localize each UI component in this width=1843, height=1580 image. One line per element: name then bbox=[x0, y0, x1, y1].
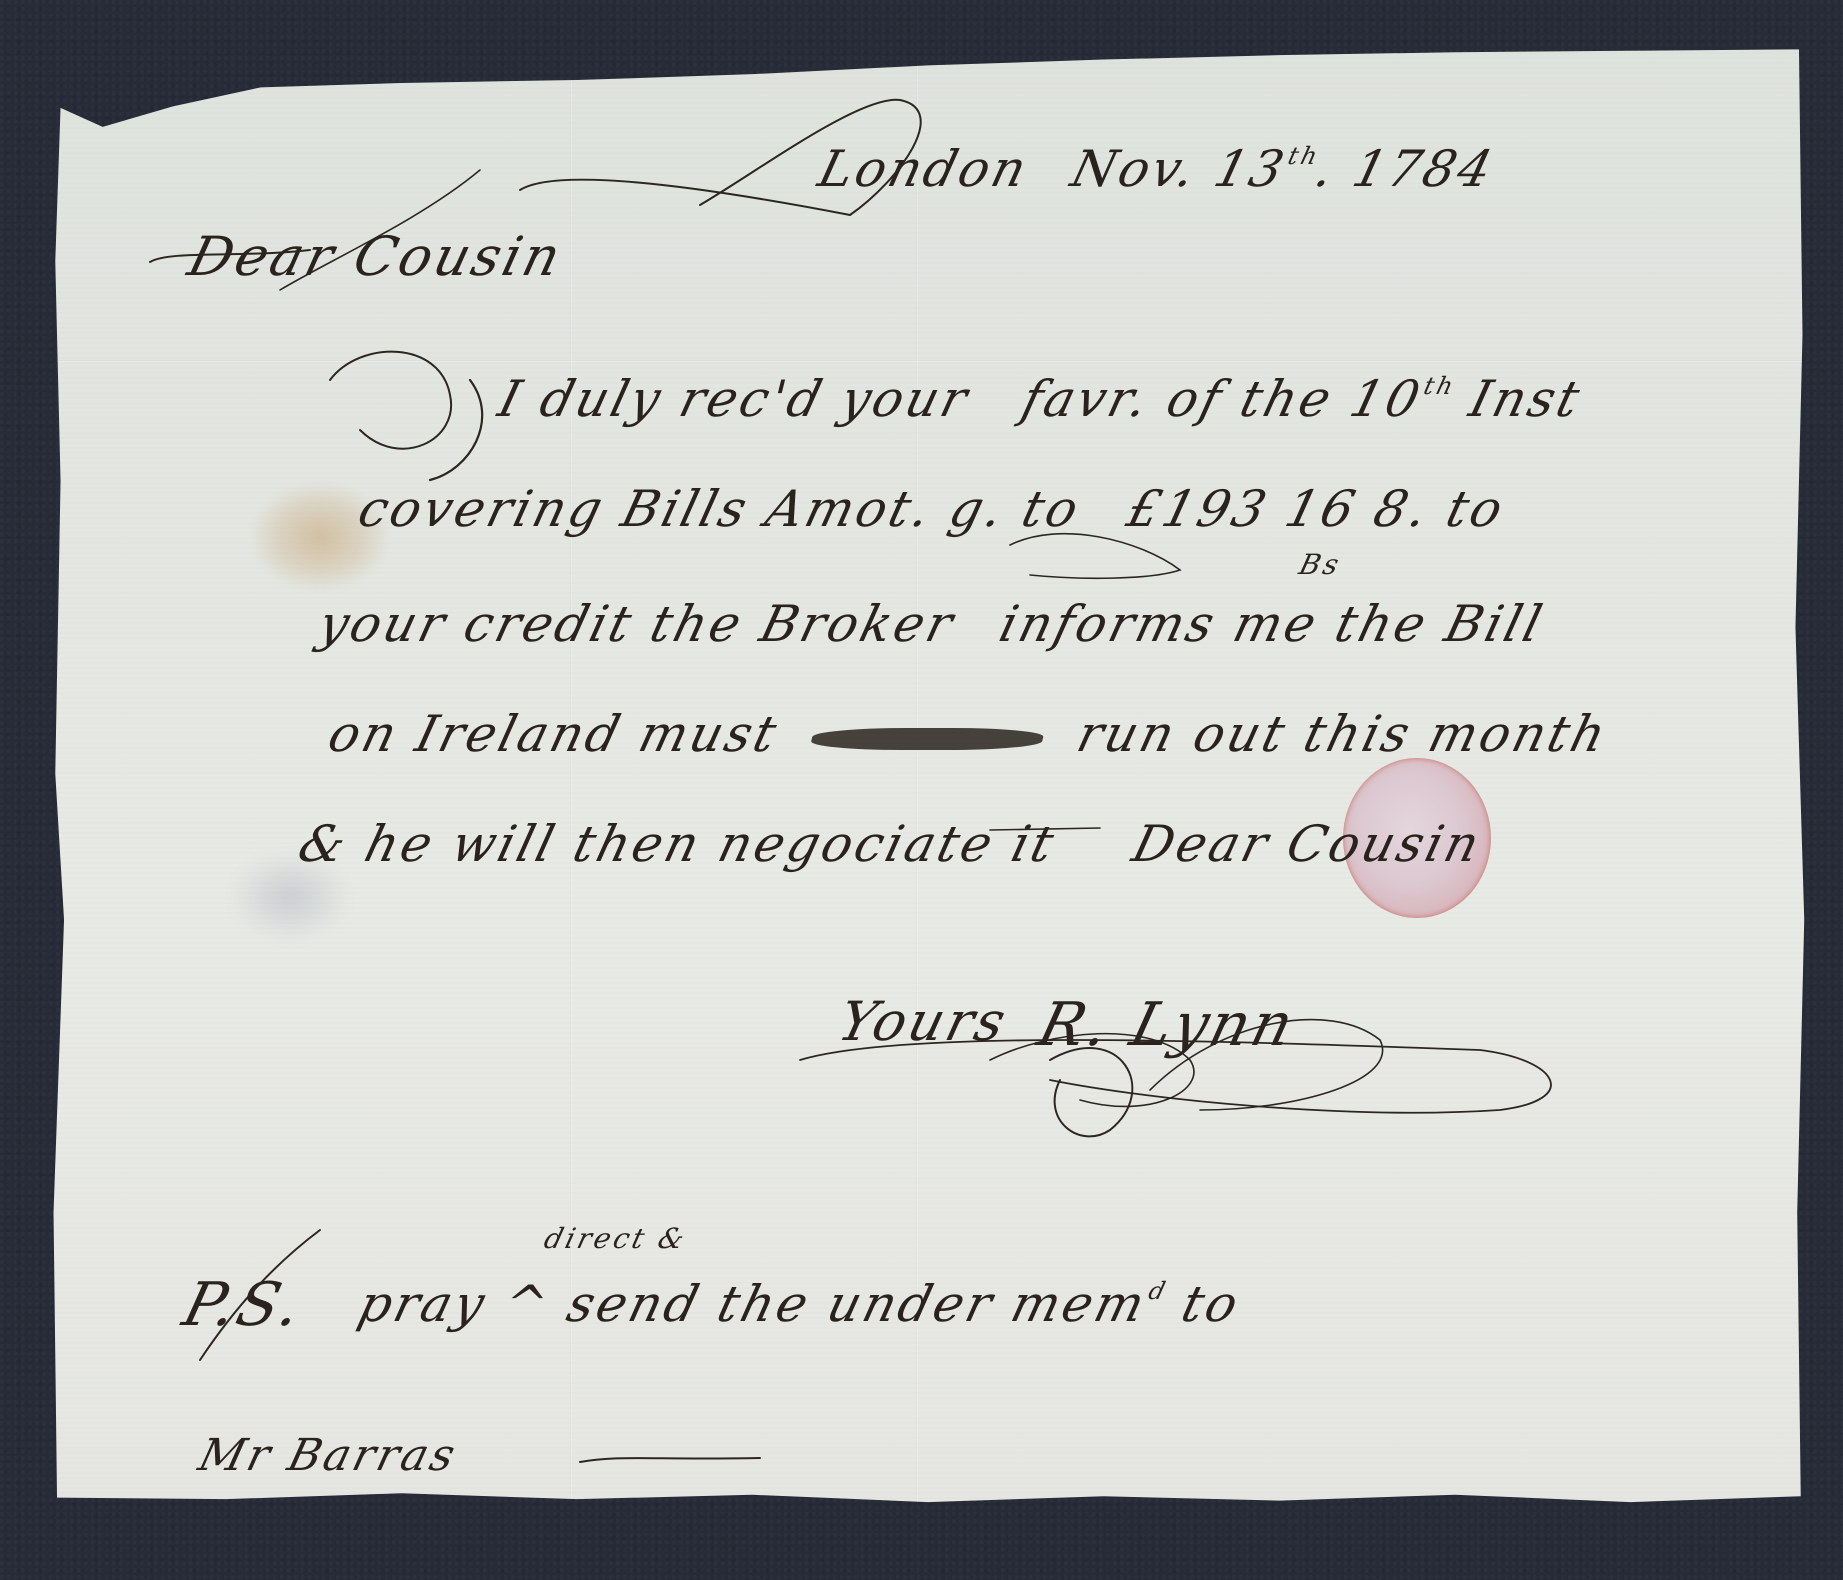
dateline-month: Nov. bbox=[1066, 140, 1205, 198]
struck-out-word: [struck] bbox=[809, 705, 1047, 763]
body-line-4: on Ireland must [struck] run out this mo… bbox=[323, 705, 1615, 763]
body-line-2-text: covering Bills Amot. g. to bbox=[353, 480, 1087, 538]
closing-salutation: Dear Cousin bbox=[1127, 815, 1488, 873]
body-line-1-end: Inst bbox=[1445, 370, 1588, 428]
closing: Yours bbox=[832, 990, 1014, 1053]
postscript-end: to bbox=[1157, 1275, 1247, 1333]
body-line-1-text: I duly rec'd your bbox=[493, 370, 976, 428]
body-line-3-text: your credit the Broker bbox=[313, 595, 962, 653]
postscript-insert: direct & bbox=[541, 1222, 691, 1255]
body-line-4-tail: run out this month bbox=[1071, 705, 1614, 763]
postscript-text: pray ^ send the under memd to bbox=[353, 1275, 1247, 1333]
dateline-day: 13 bbox=[1208, 140, 1292, 198]
body-line-3: your credit the Broker informs me the Bi… bbox=[313, 595, 1551, 653]
postscript-body: pray ^ send the under mem bbox=[353, 1275, 1153, 1333]
body-line-1-tail: favr. of the 10 bbox=[1016, 370, 1428, 428]
body-line-5: & he will then negociate it Dear Cousin bbox=[293, 815, 1488, 873]
insert-above-line-3: Bs bbox=[1296, 548, 1345, 581]
dateline-place: London bbox=[813, 140, 1035, 198]
salutation: Dear Cousin bbox=[182, 225, 570, 288]
signature: R. Lynn bbox=[1031, 990, 1303, 1060]
bill-amount: £193 16 8. to bbox=[1121, 480, 1511, 538]
horizontal-fold-line bbox=[50, 360, 1806, 362]
addressee: Mr Barras bbox=[194, 1430, 463, 1481]
dateline-year: . 1784 bbox=[1309, 140, 1501, 198]
body-line-2: covering Bills Amot. g. to £193 16 8. to bbox=[353, 480, 1512, 538]
dateline: London Nov. 13th. 1784 bbox=[813, 140, 1501, 198]
postscript-label: P.S. bbox=[176, 1270, 311, 1340]
body-line-4-text: on Ireland must bbox=[323, 705, 785, 763]
body-line-3-tail: informs me the Bill bbox=[994, 595, 1551, 653]
body-line-1: I duly rec'd your favr. of the 10th Inst bbox=[493, 370, 1588, 428]
body-line-5-text: & he will then negociate it bbox=[293, 815, 1063, 873]
